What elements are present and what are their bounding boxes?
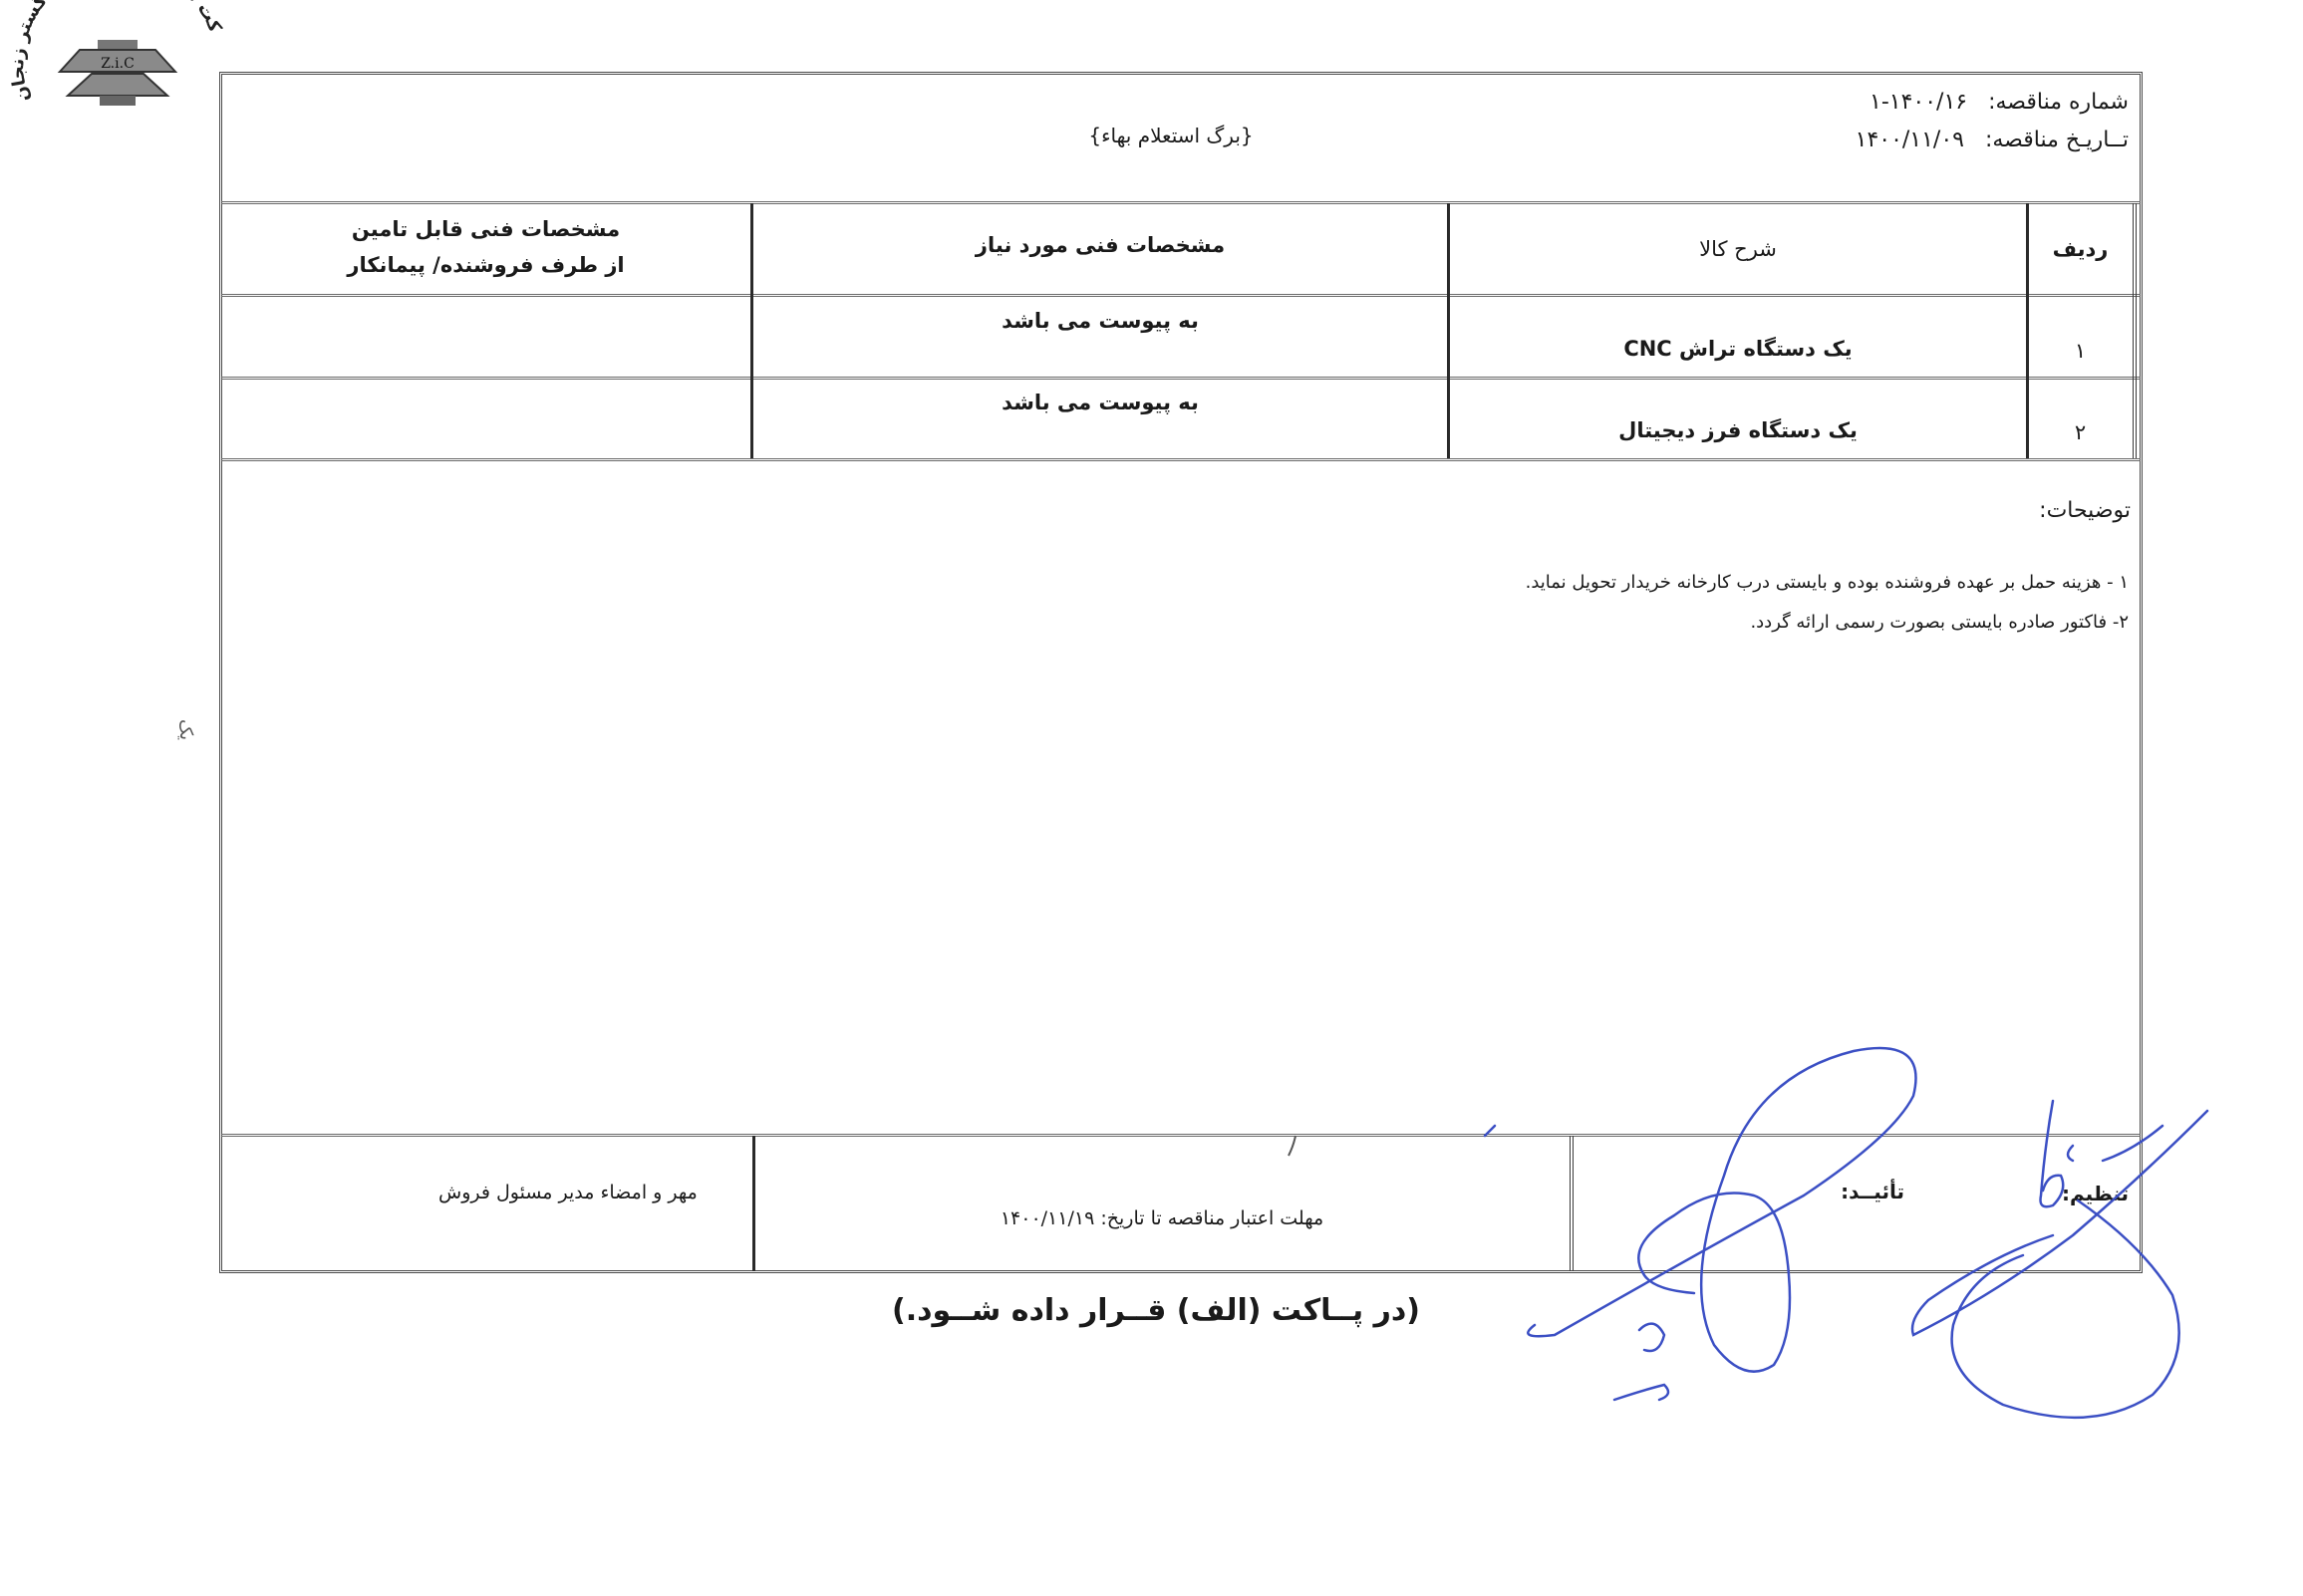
notes-title: توضیحات: — [2039, 498, 2131, 523]
seller-signature-label: مهر و امضاء مدیر مسئول فروش — [438, 1182, 698, 1203]
validity-date: ۱۴۰۰/۱۱/۱۹ — [1001, 1207, 1094, 1229]
logo-text: Z.i.C — [101, 56, 135, 72]
margin-mark: یک — [175, 719, 196, 740]
approved-by-label: تأئیــد: — [1841, 1180, 1904, 1203]
tender-date: تــاریـخ مناقصه: ۱۴۰۰/۱۱/۰۹ — [1856, 122, 2129, 159]
tender-number: شماره مناقصه: ۱۴۰۰/۱۶-۱ — [1856, 84, 2129, 122]
footer-divider — [221, 1134, 2141, 1137]
prepared-by-label: تنظیم: — [2062, 1182, 2129, 1205]
col-header-supplier-line2: از طرف فروشنده/ پیمانکار — [221, 247, 750, 283]
company-logo: شرکت مقره سازی صدف گستر زنجان Z.i.C — [0, 0, 239, 118]
header-divider — [221, 201, 2141, 204]
col-header-supplier-line1: مشخصات فنی قابل تامین — [221, 211, 750, 247]
table-bottom-divider — [221, 458, 2141, 461]
col-header-supplier-specs: مشخصات فنی قابل تامین از طرف فروشنده/ پی… — [221, 211, 750, 283]
row-number: ۱ — [2028, 339, 2133, 363]
col-header-row-no: ردیف — [2028, 231, 2133, 267]
note-item: ۲- فاکتور صادره بایستی بصورت رسمی ارائه … — [1750, 612, 2129, 633]
tender-number-label: شماره مناقصه: — [1988, 90, 2129, 115]
note-item: ۱ - هزینه حمل بر عهده فروشنده بوده و بای… — [1526, 572, 2129, 593]
row-required-specs: به پیوست می باشد — [753, 391, 1447, 414]
col-header-description: شرح کالا — [1450, 231, 2026, 267]
form-title: {برگ استعلام بهاء} — [1071, 124, 1271, 147]
tender-date-value: ۱۴۰۰/۱۱/۰۹ — [1856, 128, 1964, 152]
table-header-divider — [221, 294, 2141, 297]
footer-divider-left — [752, 1136, 755, 1271]
row-description: یک دستگاه تراش CNC — [1450, 337, 2026, 361]
tender-date-label: تــاریـخ مناقصه: — [1985, 128, 2129, 152]
tender-number-value: ۱۴۰۰/۱۶-۱ — [1870, 90, 1967, 115]
tender-meta: شماره مناقصه: ۱۴۰۰/۱۶-۱ تــاریـخ مناقصه:… — [1856, 84, 2129, 159]
footer-divider-right — [1570, 1136, 1574, 1271]
insulator-logo-icon: شرکت مقره سازی صدف گستر زنجان Z.i.C — [0, 0, 239, 118]
col-header-required-specs: مشخصات فنی مورد نیاز — [753, 227, 1447, 263]
row-description: یک دستگاه فرز دیجیتال — [1450, 418, 2026, 442]
validity-label: مهلت اعتبار مناقصه تا تاریخ: — [1100, 1207, 1323, 1229]
envelope-instruction: (در پــاکت (الف) قــرار داده شــود.) — [877, 1293, 1435, 1328]
tender-validity: مهلت اعتبار مناقصه تا تاریخ: ۱۴۰۰/۱۱/۱۹ — [757, 1207, 1567, 1229]
row-number: ۲ — [2028, 420, 2133, 444]
table-right-border — [2133, 203, 2137, 458]
row-required-specs: به پیوست می باشد — [753, 309, 1447, 333]
row-divider — [221, 377, 2141, 380]
